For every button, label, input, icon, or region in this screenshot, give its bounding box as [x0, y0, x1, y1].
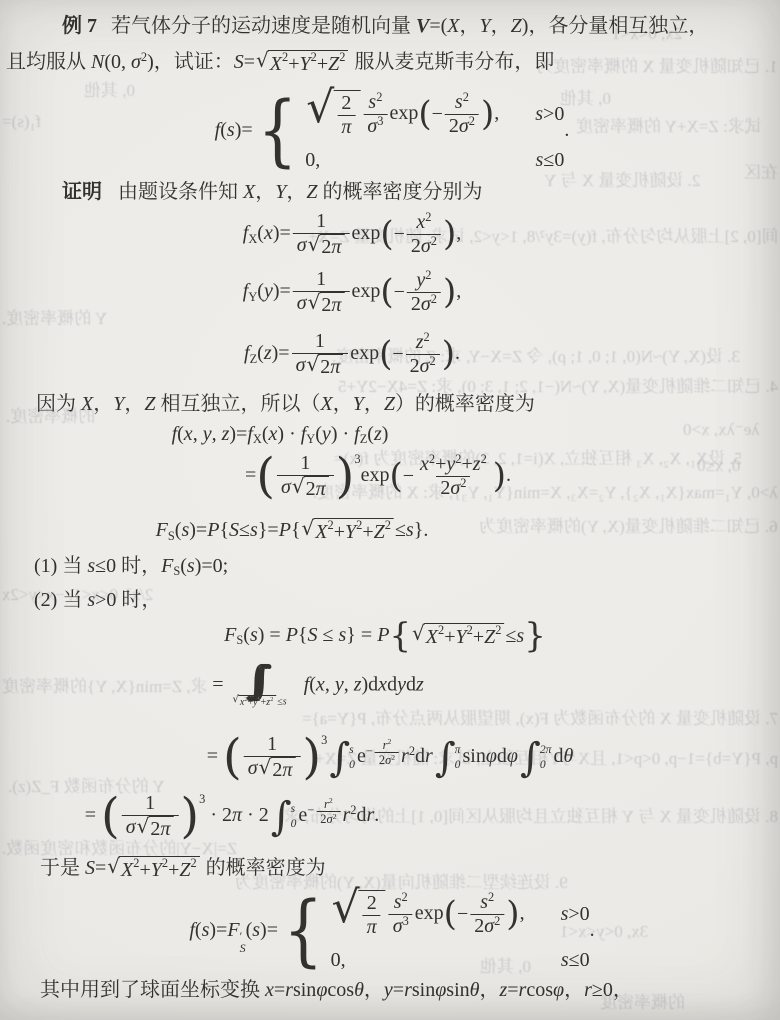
square-root: √2π — [332, 890, 386, 939]
math-roman: 1 — [315, 330, 325, 352]
math-italic: S — [229, 519, 239, 541]
fraction: r22σ2 — [375, 738, 399, 768]
lower-limit: 0 — [291, 817, 297, 831]
denominator: 2σ2 — [316, 811, 340, 826]
fraction: s22σ2 — [470, 891, 504, 938]
math-italic: π — [331, 294, 341, 317]
math-italic: π — [330, 356, 340, 379]
cases-brace: { — [283, 898, 323, 964]
integral-sign: ∫ — [520, 739, 541, 777]
math-roman: . — [564, 119, 569, 141]
cjk-text: 若气体分子的运动速度是随机向量 — [111, 15, 416, 37]
math-roman: 1 — [316, 210, 326, 232]
numerator: s2 — [476, 891, 498, 914]
superscript: 2 — [494, 914, 500, 928]
math-roman: − — [366, 744, 373, 758]
superscript: 3 — [321, 733, 327, 747]
cjk-text: ， — [479, 979, 499, 1001]
bleedthrough-text: 在区 — [744, 158, 778, 183]
formula-fy: fY(y)=1σ√2πexp(−y22σ2), — [243, 268, 461, 317]
math-italic: π — [331, 236, 341, 259]
denominator: π — [337, 115, 355, 139]
superscript: 2 — [329, 796, 333, 805]
superscript: 2 — [488, 890, 494, 904]
numerator: 1 — [312, 268, 330, 291]
superscript: 2 — [258, 696, 261, 704]
upper-limit: s — [349, 743, 355, 757]
integral-limits: 2π0 — [540, 741, 552, 774]
upper-limit: s — [291, 802, 297, 816]
math-roman: 1 — [145, 792, 155, 814]
denominator: σ3 — [363, 114, 387, 138]
math-italic: Y — [456, 625, 467, 650]
subscript: S — [236, 633, 243, 647]
math-roman: 2 — [321, 236, 331, 259]
parentheses-group: (−y22σ2) — [380, 269, 456, 316]
open-paren: ( — [444, 898, 457, 930]
paren-content: −y22σ2 — [394, 269, 443, 316]
math-roman: 2 — [410, 355, 420, 377]
numerator: 1 — [312, 210, 330, 233]
denominator: σ√2π — [277, 475, 334, 501]
math-roman: + — [461, 453, 472, 475]
square-root: √2π — [137, 816, 174, 841]
math-roman: ( — [180, 555, 187, 577]
math-roman: 2 — [341, 92, 351, 114]
formula-final-integral: = (1σ√2π)3 · 2π · 2∫s0e−r22σ2r2dr. — [85, 792, 379, 841]
math-roman: 2 — [320, 356, 330, 379]
superscript: 2 — [455, 452, 461, 466]
math-roman: − — [394, 222, 405, 247]
integral-limits: s0 — [291, 800, 297, 833]
math-roman: exp — [350, 342, 379, 364]
math-roman: . — [506, 464, 511, 486]
cjk-text: 由题设条件知 — [118, 181, 243, 203]
fraction: y22σ2 — [407, 269, 441, 316]
math-roman: 2 — [449, 115, 459, 137]
integral: ∫π0 — [435, 739, 461, 777]
superscript: 2 — [463, 90, 469, 104]
denominator: π — [363, 915, 381, 939]
radicand: x2+y2+z2 — [238, 695, 276, 710]
formula-cdf-display: FS(s) = P{S ≤ s} = P{√X2+Y2+Z2 ≤ s} — [224, 620, 546, 652]
parentheses-group: (−s22σ2) — [418, 91, 494, 138]
numerator: 1 — [311, 330, 329, 353]
open-paren: ( — [379, 338, 392, 370]
radicand: 2π — [359, 890, 386, 939]
radicand: 2π — [333, 90, 360, 139]
math-roman: )= — [189, 519, 207, 541]
math-roman: = — [393, 979, 404, 1001]
square-root: √x2+y2+z2 — [233, 695, 277, 710]
math-roman: · 2 — [242, 804, 269, 826]
math-roman: sin — [446, 979, 469, 1001]
math-roman: = — [244, 51, 255, 73]
numerator: s2 — [451, 91, 473, 114]
math-roman: , — [212, 423, 222, 445]
math-roman: ( — [243, 624, 250, 646]
math-roman: ) · — [277, 423, 300, 445]
math-italic: s — [339, 624, 347, 646]
superscript: 2 — [339, 50, 345, 66]
numerator: y2 — [412, 269, 435, 292]
math-roman: + — [435, 453, 446, 475]
upper-limit: π — [455, 743, 461, 757]
superscript: 2 — [438, 623, 444, 639]
formula-fz: fZ(z)=1σ√2πexp(−z22σ2). — [244, 330, 460, 379]
radicand: X2+Y2+Z2 — [119, 856, 200, 883]
superscript: 2 — [376, 90, 382, 104]
case-condition: s>0 — [561, 902, 590, 927]
math-roman: = — [507, 979, 518, 1001]
superscript: 3 — [377, 114, 383, 128]
math-italic: x — [184, 423, 193, 445]
superscript: 2 — [402, 890, 408, 904]
math-roman: ≤ — [239, 519, 250, 541]
integral: ∫s0 — [271, 798, 297, 836]
radicand: X2+Y2+Z2 — [268, 50, 349, 77]
math-italic: z — [222, 423, 230, 445]
math-roman: ) — [382, 423, 389, 445]
radical-sign: √ — [332, 891, 360, 925]
cjk-text: 其中用到了球面坐标变换 — [40, 979, 265, 1001]
integral: ∫2π0 — [520, 739, 551, 777]
triple-integral: ∫∫∫√x2+y2+z2≤s — [232, 662, 287, 710]
subscript: S — [168, 529, 175, 543]
math-italic: s — [516, 624, 524, 649]
close-paren: ) — [180, 794, 199, 840]
math-roman: sin — [412, 979, 435, 1001]
fraction: 1σ√2π — [293, 210, 350, 259]
superscript: 2 — [430, 354, 436, 368]
math-italic: π — [232, 804, 242, 826]
math-roman: 2 — [440, 477, 450, 499]
fraction: 1σ√2π — [277, 452, 334, 501]
open-paren: ( — [380, 276, 393, 308]
superscript: 2 — [460, 476, 466, 490]
subscript: Z — [250, 352, 258, 366]
math-italic: F — [161, 555, 173, 577]
math-roman: { — [219, 519, 229, 541]
superscript: 2 — [311, 50, 317, 66]
superscript: −r22σ2 — [366, 744, 401, 758]
numerator: r2 — [320, 797, 337, 811]
cjk-text: ， — [613, 979, 633, 1001]
math-italic: φ — [486, 745, 497, 767]
math-italic: σ — [248, 757, 258, 779]
math-italic: s — [181, 519, 189, 541]
math-roman: · 2 — [205, 804, 232, 826]
cases-row: √2πs2σ3exp(−s22σ2),s>0 — [305, 90, 564, 139]
cjk-text: ， — [333, 393, 353, 415]
cjk-text: 时， — [116, 589, 161, 611]
math-roman: d — [497, 745, 507, 767]
superscript: 2 — [385, 518, 391, 534]
superscript: 2 — [141, 50, 147, 64]
math-roman: ( — [246, 919, 253, 941]
cases-brace: { — [258, 98, 298, 164]
close-paren: ) — [493, 460, 506, 492]
math-italic: X — [447, 15, 459, 37]
math-italic: s — [394, 891, 402, 913]
math-roman: { — [298, 624, 308, 646]
denominator: 2σ2 — [436, 476, 470, 500]
math-italic: P — [377, 624, 389, 646]
math-italic: r — [383, 738, 388, 752]
cjk-text: 相互独立，所以（ — [155, 393, 320, 415]
math-roman: )d — [362, 673, 379, 695]
close-paren: ) — [481, 98, 494, 130]
case-condition: s≤0 — [561, 948, 590, 973]
lower-limit: 0 — [540, 758, 552, 772]
math-italic: Z — [384, 393, 395, 415]
open-paren: ( — [223, 735, 242, 781]
math-italic: σ — [420, 355, 430, 377]
cjk-text: ， — [364, 393, 384, 415]
math-roman: = — [207, 745, 223, 767]
math-roman: 2 — [411, 293, 421, 315]
math-roman: d — [415, 745, 425, 767]
math-italic: r — [425, 745, 433, 767]
superscript: 2 — [133, 856, 139, 872]
denominator: σ3 — [389, 914, 413, 938]
radicand: 2π — [319, 234, 344, 259]
math-italic: y — [416, 269, 425, 291]
math-italic: s — [536, 149, 544, 171]
parentheses-group: (1σ√2π) — [223, 733, 321, 782]
math-roman: >0 — [543, 103, 564, 125]
math-roman: ≤0 — [543, 149, 564, 171]
paren-content: 1σ√2π — [242, 733, 303, 782]
math-italic: y — [203, 423, 212, 445]
math-italic: z — [473, 453, 481, 475]
math-roman: d — [553, 745, 563, 767]
superscript: −r22σ2 — [307, 803, 342, 817]
math-italic: σ — [450, 477, 460, 499]
integration-region: √x2+y2+z2≤s — [232, 695, 287, 710]
formula-joint-2: =(1σ√2π)3exp(−x2+y2+z22σ2). — [245, 452, 511, 501]
superscript: 3 — [354, 452, 360, 466]
math-roman: , — [325, 673, 335, 695]
cases-row: √2πs2σ3exp(−s22σ2),s>0 — [331, 890, 590, 939]
math-italic: y — [384, 979, 393, 1001]
math-roman: ≤ — [395, 519, 406, 541]
bleedthrough-text: λe⁻λx, x>0 — [683, 420, 760, 440]
superscript: 2 — [469, 114, 475, 128]
math-roman: 1 — [316, 268, 326, 290]
math-roman: ≤ — [505, 624, 516, 649]
math-roman: ( — [262, 423, 269, 445]
math-italic: r — [584, 979, 592, 1001]
superscript: 2 — [244, 696, 247, 704]
math-italic: π — [316, 478, 326, 501]
formula-fx: fX(x)=1σ√2πexp(−x22σ2), — [243, 210, 461, 259]
math-roman: cos — [327, 979, 354, 1001]
square-root: √X2+Y2+Z2 — [107, 856, 199, 883]
math-roman: ≥0 — [592, 979, 613, 1001]
math-italic: Y — [345, 520, 356, 545]
math-roman: , — [193, 423, 203, 445]
math-italic: Z — [374, 520, 385, 545]
superscript: 2 — [190, 856, 196, 872]
para-example-intro-2: 且均服从 N(0, σ2)，试证：S=√X2+Y2+Z2 服从麦克斯韦分布，即 — [6, 50, 554, 77]
math-italic: π — [160, 818, 170, 841]
math-roman: >0 — [568, 903, 589, 925]
para-thus: 于是 S=√X2+Y2+Z2 的概率密度为 — [40, 856, 326, 883]
math-italic: x — [378, 673, 387, 695]
math-italic: f — [301, 423, 307, 445]
math-roman: )=0; — [195, 555, 229, 577]
math-italic: x — [416, 211, 425, 233]
denominator: σ√2π — [292, 353, 349, 379]
formula-maxwell-density: f(s)={√2πs2σ3exp(−s22σ2),s>00,s≤0. — [215, 90, 570, 173]
math-roman: }= — [258, 519, 279, 541]
math-italic: X — [121, 858, 133, 883]
math-italic: Y — [151, 858, 162, 883]
cjk-text: 于是 — [40, 857, 85, 879]
formula-spherical-integral: = (1σ√2π)3∫s0e−r22σ2r2dr∫π0sinφdφ∫2π0dθ — [207, 733, 574, 782]
cjk-text-bold: 证明 — [62, 181, 102, 203]
superscript: 2 — [425, 210, 431, 224]
textbook-page: 2x, 0<x<11. 已知随机变量 X 的概率密度为0, 其他0, 其他f₁(… — [0, 0, 780, 1020]
math-roman: = — [245, 464, 256, 486]
square-root: √X2+Y2+Z2 — [256, 50, 348, 77]
denominator: 2σ2 — [445, 114, 479, 138]
math-italic: s — [250, 624, 258, 646]
math-roman: =( — [429, 15, 447, 37]
case-condition: s≤0 — [536, 148, 565, 173]
math-roman: 2 — [367, 892, 377, 914]
close-paren: ) — [336, 454, 355, 500]
math-italic: σ — [296, 354, 306, 376]
math-italic: Y — [275, 181, 286, 203]
denominator: 2σ2 — [470, 914, 504, 938]
math-roman: ≤0 — [95, 555, 116, 577]
close-paren: ) — [443, 276, 456, 308]
math-italic: s — [406, 519, 414, 541]
denominator: 2σ2 — [375, 752, 399, 767]
open-paren: ( — [101, 794, 120, 840]
square-root: √2π — [292, 476, 329, 501]
math-roman: ) = — [258, 624, 286, 646]
radicand: 2π — [319, 292, 344, 317]
math-roman: + — [168, 858, 179, 883]
math-italic: x — [316, 673, 325, 695]
math-roman: − — [392, 342, 403, 367]
math-roman: , — [520, 902, 525, 924]
math-italic: π — [341, 116, 351, 138]
bleedthrough-text: 6. 已知二维随机变量(X, Y)的概率密度为 — [479, 512, 778, 537]
superscript: 3 — [403, 914, 409, 928]
superscript: 2 — [409, 744, 415, 758]
math-roman: − — [394, 280, 405, 305]
math-italic: Z — [144, 393, 155, 415]
radicand: 2π — [318, 354, 343, 379]
radical-sign: √ — [306, 91, 334, 125]
denominator: 2σ2 — [407, 292, 441, 316]
math-italic: s — [202, 919, 210, 941]
math-roman: 0, — [305, 149, 320, 171]
math-italic: S — [85, 857, 95, 879]
para-case-1: (1) 当 s≤0 时，FS(s)=0; — [34, 554, 228, 579]
math-italic: Y — [113, 393, 124, 415]
math-roman: ≤ — [318, 624, 339, 646]
math-roman: 0, — [331, 949, 346, 971]
math-roman: , — [456, 222, 461, 244]
math-roman: 2 — [150, 818, 160, 841]
math-roman: e — [298, 804, 307, 826]
superscript: 2 — [495, 623, 501, 639]
math-italic: s — [455, 91, 463, 113]
math-italic: s — [87, 589, 95, 611]
close-paren: ) — [506, 898, 519, 930]
cjk-text: ， — [93, 393, 113, 415]
case-expression: √2πs2σ3exp(−s22σ2), — [331, 890, 525, 939]
math-italic: σ — [126, 816, 136, 838]
numerator: 1 — [263, 733, 281, 756]
math-roman: exp — [361, 464, 390, 486]
fraction: s2σ3 — [363, 91, 387, 138]
math-roman: + — [288, 52, 299, 77]
superscript: 2 — [481, 452, 487, 466]
math-roman: )= — [235, 119, 253, 141]
math-roman: . — [455, 342, 460, 364]
math-roman: 2 — [411, 235, 421, 257]
paren-content: 1σ√2π — [275, 452, 336, 501]
math-roman: . — [374, 804, 379, 826]
cjk-text: 因为 — [36, 393, 81, 415]
math-italic: Y — [353, 393, 364, 415]
fraction: 2π — [363, 892, 381, 939]
math-roman: )= — [229, 423, 247, 445]
math-italic: Y — [300, 52, 311, 77]
cases-group: {√2πs2σ3exp(−s22σ2),s>00,s≤0 — [278, 890, 590, 973]
cases-group: {√2πs2σ3exp(−s22σ2),s>00,s≤0 — [253, 90, 565, 173]
cjk-text: 当 — [62, 555, 87, 577]
math-roman: = — [274, 979, 285, 1001]
math-roman: = — [95, 857, 106, 879]
integral-sign: ∫ — [271, 798, 292, 836]
math-italic: s — [283, 697, 287, 708]
math-italic: S — [308, 624, 318, 646]
bleedthrough-text: 试求: Z=X+Y 的概率密度 — [576, 112, 762, 137]
paren-content: −x2+y2+z22σ2 — [403, 453, 493, 500]
parentheses-group: (−x22σ2) — [380, 211, 456, 258]
math-italic: f — [243, 222, 249, 244]
math-italic: N — [91, 51, 104, 73]
superscript: 2 — [387, 737, 391, 746]
math-roman: 2 — [321, 294, 331, 317]
math-roman: + — [473, 625, 484, 650]
math-roman: (1) — [34, 555, 62, 577]
subscript: X — [248, 232, 257, 246]
math-roman: ( — [175, 519, 182, 541]
math-italic: f — [244, 342, 250, 364]
cases-rows: √2πs2σ3exp(−s22σ2),s>00,s≤0 — [305, 90, 564, 173]
math-italic: σ — [421, 293, 431, 315]
formula-joint-1: f(x, y, z)=fX(x) · fY(y) · fZ(z) — [172, 422, 389, 447]
square-root: √2π — [306, 354, 343, 379]
subscript: S — [173, 564, 180, 578]
math-italic: θ — [563, 745, 573, 767]
math-roman: ) · — [331, 423, 354, 445]
cjk-text: ， — [564, 979, 584, 1001]
math-italic: θ — [354, 979, 364, 1001]
parentheses-group: (−x2+y2+z22σ2) — [389, 453, 506, 500]
math-italic: x — [420, 453, 429, 475]
math-roman: 2 — [306, 478, 316, 501]
square-root: √X2+Y2+Z2 — [302, 518, 394, 545]
